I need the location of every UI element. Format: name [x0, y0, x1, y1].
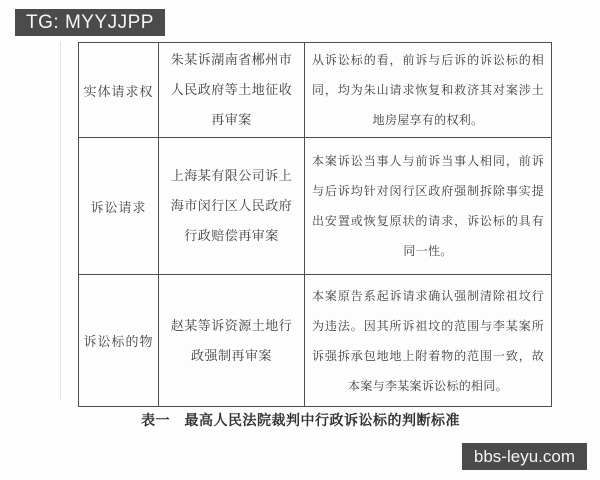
watermark-top-left-badge: TG: MYYJJPP [15, 9, 165, 36]
row1-case-cell: 朱某诉湖南省郴州市人民政府等土地征收再审案 [159, 43, 305, 138]
table-row: 诉讼标的物 赵某等诉资源土地行政强制再审案 本案原告系起诉请求确认强制清除祖坟行… [79, 275, 552, 407]
table-caption: 表一 最高人民法院裁判中行政诉讼标的判断标准 [78, 410, 523, 430]
row3-category-cell: 诉讼标的物 [79, 275, 159, 407]
row2-standard-cell: 本案诉讼当事人与前诉当事人相同，前诉与后诉均针对闵行区政府强制拆除事实提出安置或… [305, 138, 552, 275]
row2-case-cell: 上海某有限公司诉上海市闵行区人民政府行政赔偿再审案 [159, 138, 305, 275]
row3-case-cell: 赵某等诉资源土地行政强制再审案 [159, 275, 305, 407]
scan-edge-line [60, 42, 61, 400]
document-page: TG: MYYJJPP 实体请求权 朱某诉湖南省郴州市人民政府等土地征收再审案 … [0, 0, 600, 480]
table-row: 诉讼请求 上海某有限公司诉上海市闵行区人民政府行政赔偿再审案 本案诉讼当事人与前… [79, 138, 552, 275]
table-row: 实体请求权 朱某诉湖南省郴州市人民政府等土地征收再审案 从诉讼标的看，前诉与后诉… [79, 43, 552, 138]
row3-standard-cell: 本案原告系起诉请求确认强制清除祖坟行为违法。因其所诉祖坟的范围与李某案所诉强拆承… [305, 275, 552, 407]
row1-standard-cell: 从诉讼标的看，前诉与后诉的诉讼标的相同，均为朱山请求恢复和救济其对案涉土地房屋享… [305, 43, 552, 138]
judgment-standards-table: 实体请求权 朱某诉湖南省郴州市人民政府等土地征收再审案 从诉讼标的看，前诉与后诉… [78, 42, 552, 407]
row2-category-cell: 诉讼请求 [79, 138, 159, 275]
watermark-bottom-right-badge: bbs-leyu.com [462, 443, 587, 470]
row1-category-cell: 实体请求权 [79, 43, 159, 138]
